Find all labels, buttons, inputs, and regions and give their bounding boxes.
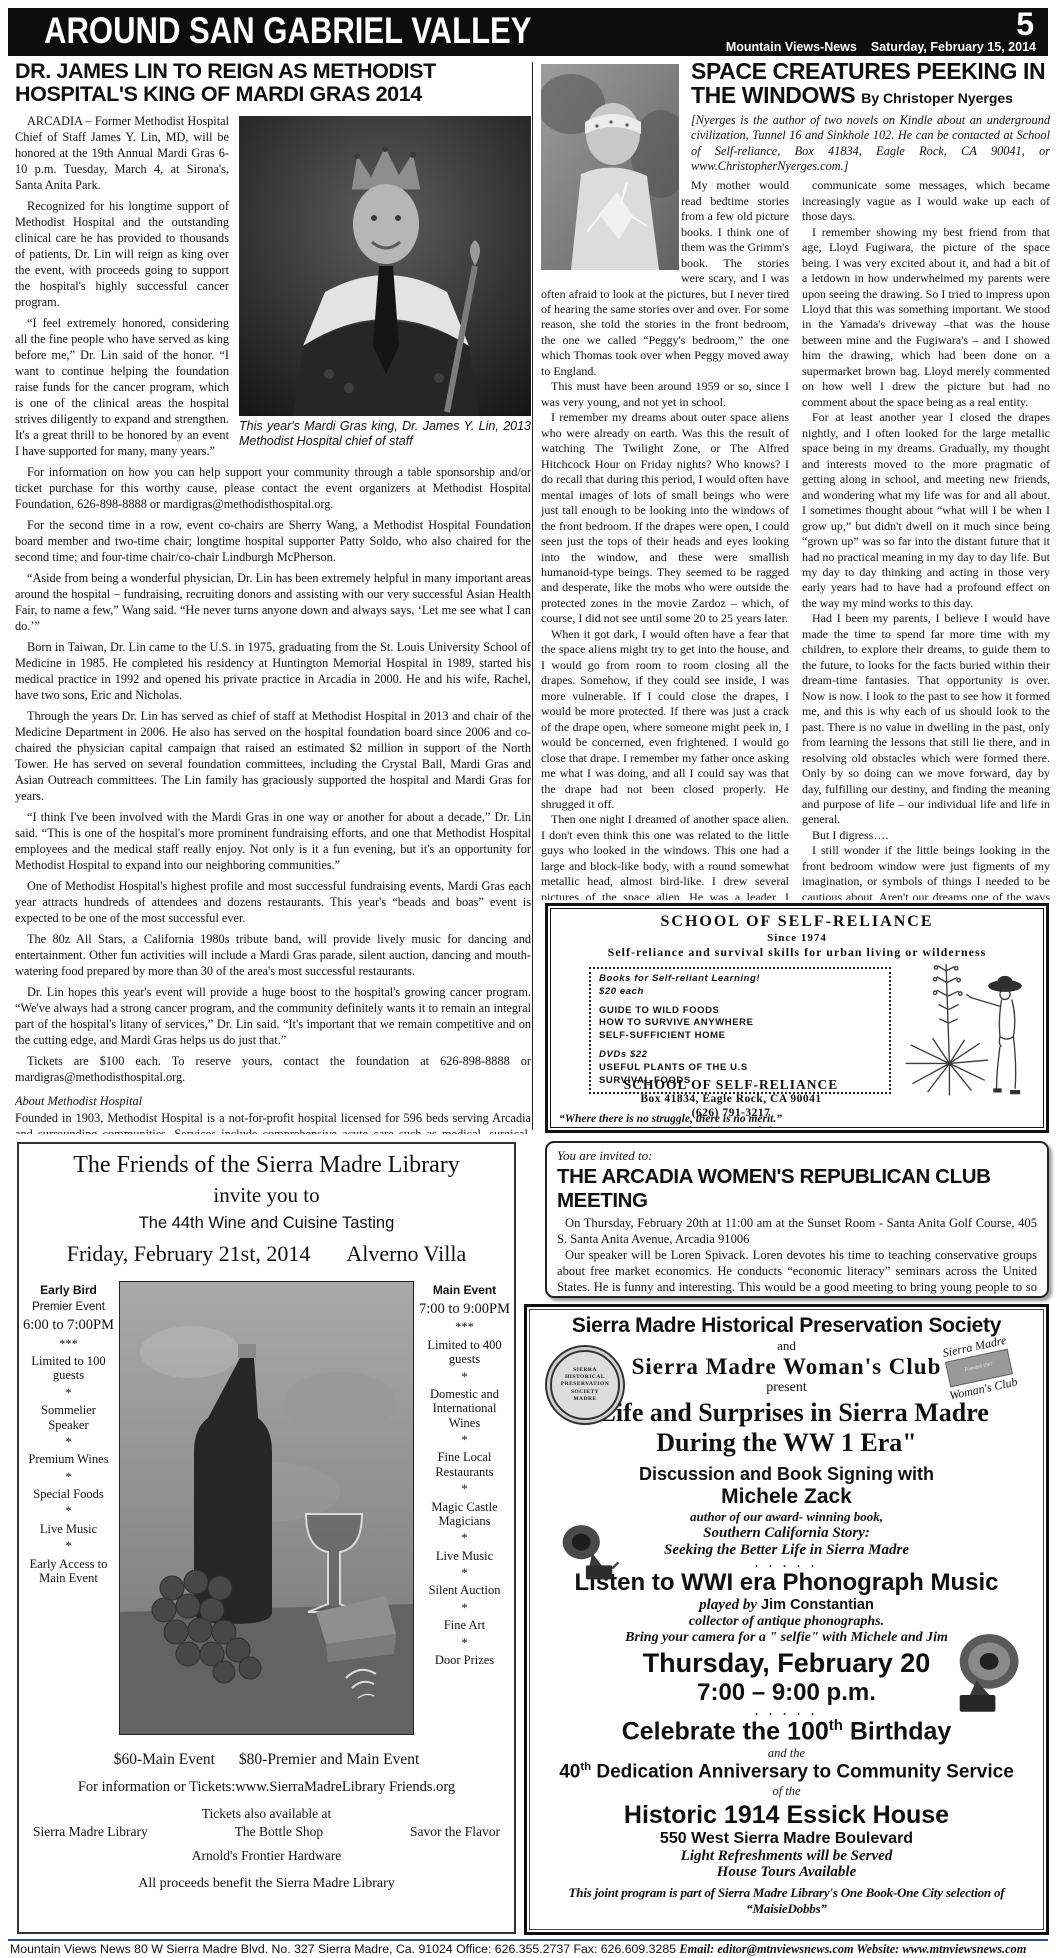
player-name: Jim Constantian xyxy=(757,1597,874,1613)
tickets-available-at: Tickets also available at xyxy=(19,1806,514,1822)
preservation-society-name: Sierra Madre Historical Preservation Soc… xyxy=(530,1314,1043,1338)
event-detail: * xyxy=(417,1601,512,1615)
event-date-venue: Friday, February 21st, 2014Alverno Villa xyxy=(19,1241,514,1267)
website-label: Website: xyxy=(854,1942,903,1956)
phonograph-icon xyxy=(945,1632,1029,1716)
outlet: Savor the Flavor xyxy=(410,1824,500,1840)
event-venue: Alverno Villa xyxy=(346,1241,466,1266)
event-detail: Magic Castle Magicians xyxy=(417,1500,512,1529)
article-paragraph: Through the years Dr. Lin has served as … xyxy=(15,709,531,805)
about-section: About Methodist Hospital Founded in 1903… xyxy=(15,1094,531,1134)
early-bird-column: Early BirdPremier Event6:00 to 7:00PM***… xyxy=(21,1281,116,1735)
seal-line: MADRE xyxy=(552,1396,618,1403)
program-title-line: During the WW 1 Era" xyxy=(530,1428,1043,1458)
article-paragraph: For information on how you can help supp… xyxy=(15,465,531,513)
article-paragraph: For the second time in a row, event co-c… xyxy=(15,518,531,566)
school-name: SCHOOL OF SELF-RELIANCE xyxy=(581,1077,881,1093)
phonograph-icon xyxy=(558,1522,620,1584)
seal-line: SOCIETY xyxy=(552,1389,618,1396)
article-paragraph: This must have been around 1959 or so, s… xyxy=(541,379,789,410)
event-detail: Special Foods xyxy=(21,1487,116,1501)
event-detail: * xyxy=(21,1386,116,1400)
birthday-text: Celebrate the 100 xyxy=(622,1717,829,1745)
collector-line: collector of antique phonographs. xyxy=(530,1614,1043,1630)
article-paragraph: The 80z All Stars, a California 1980s tr… xyxy=(15,932,531,980)
played-by-label: played by xyxy=(699,1597,757,1613)
meeting-details: On Thursday, February 20th at 11:00 am a… xyxy=(557,1215,1037,1247)
played-by-line: played by Jim Constantian xyxy=(530,1597,1043,1614)
preservation-society-seal: SIERRAHISTORICALPRESERVATIONSOCIETYMADRE xyxy=(550,1350,620,1420)
yucca-illustration xyxy=(877,943,1037,1125)
products-box: Books for Self-reliant Learning! $20 eac… xyxy=(589,967,891,1094)
masthead-name: Mountain Views-News xyxy=(726,40,857,54)
birthday-line: Celebrate the 100th Birthday xyxy=(530,1717,1043,1746)
article-paragraph: Tickets are $100 each. To reserve yours,… xyxy=(15,1054,531,1086)
ordinal-sup: th xyxy=(829,1717,843,1734)
article-paragraph: But I digress…. xyxy=(802,828,1050,843)
space-article: SPACE CREATURES PEEKING IN THE WINDOWS B… xyxy=(541,60,1050,900)
article-paragraph: When it got dark, I would often have a f… xyxy=(541,627,789,813)
premier-price: $80-Premier and Main Event xyxy=(239,1751,419,1768)
event-detail: *** xyxy=(21,1337,116,1351)
column-divider xyxy=(532,62,533,1130)
lin-photo-caption: This year's Mardi Gras king, Dr. James Y… xyxy=(239,419,531,449)
article-paragraph: Then one night I dreamed of another spac… xyxy=(541,812,789,900)
space-column-2: communicate some messages, which became … xyxy=(802,178,1050,900)
dvd-title: USEFUL PLANTS OF THE U.S xyxy=(599,1062,881,1075)
article-paragraph: “Aside from being a wonderful physician,… xyxy=(15,571,531,635)
event-detail: Sommelier Speaker xyxy=(21,1403,116,1432)
article-paragraph: For at least another year I closed the d… xyxy=(802,410,1050,611)
essick-house-line: Historic 1914 Essick House xyxy=(530,1801,1043,1830)
event-detail: * xyxy=(417,1482,512,1496)
event-date: Friday, February 21st, 2014 xyxy=(67,1241,311,1266)
event-detail: Live Music xyxy=(21,1522,116,1536)
house-address: 550 West Sierra Madre Boulevard xyxy=(530,1830,1043,1848)
dedication-text: Dedication Anniversary to Community Serv… xyxy=(591,1762,1014,1783)
republican-club-notice: You are invited to: THE ARCADIA WOMEN'S … xyxy=(545,1141,1049,1298)
book-title: HOW TO SURVIVE ANYWHERE xyxy=(599,1017,881,1030)
lin-article: DR. JAMES LIN TO REIGN AS METHODIST HOSP… xyxy=(15,60,531,1134)
footer-contact: Mountain Views News 80 W Sierra Madre Bl… xyxy=(10,1942,679,1956)
nyerges-photo xyxy=(541,64,679,270)
outlet: Sierra Madre Library xyxy=(33,1824,148,1840)
outlet: Arnold's Frontier Hardware xyxy=(19,1848,514,1864)
birthday-text: Birthday xyxy=(843,1717,951,1745)
historical-society-ad-inner: Sierra Madre Historical Preservation Soc… xyxy=(529,1309,1044,1930)
outlet: The Bottle Shop xyxy=(235,1824,324,1840)
space-intro-note: [Nyerges is the author of two novels on … xyxy=(691,113,1050,174)
footer-email-link[interactable]: editor@mtnviewsnews.com xyxy=(717,1942,853,1956)
ad-title: SCHOOL OF SELF-RELIANCE xyxy=(557,913,1037,931)
newspaper-page: AROUND SAN GABRIEL VALLEY 5 Mountain Vie… xyxy=(0,0,1056,1958)
joint-program-note: This joint program is part of Sierra Mad… xyxy=(530,1885,1043,1917)
about-heading: About Methodist Hospital xyxy=(15,1094,531,1110)
benefit-line: All proceeds benefit the Sierra Madre Li… xyxy=(19,1876,514,1892)
event-detail: Door Prizes xyxy=(417,1653,512,1667)
footer-website-link[interactable]: www.mtnviewsnews.com xyxy=(902,1942,1026,1956)
event-detail: * xyxy=(21,1470,116,1484)
event-detail: Silent Auction xyxy=(417,1583,512,1597)
article-paragraph: Dr. Lin hopes this year's event will pro… xyxy=(15,985,531,1049)
meeting-description: Our speaker will be Loren Spivack. Loren… xyxy=(557,1247,1037,1298)
footer-rule xyxy=(8,1939,1048,1941)
event-name: The 44th Wine and Cuisine Tasting xyxy=(19,1214,514,1233)
article-paragraph: Born in Taiwan, Dr. Lin came to the U.S.… xyxy=(15,640,531,704)
event-detail: Fine Local Restaurants xyxy=(417,1450,512,1479)
author-name: Michele Zack xyxy=(530,1485,1043,1509)
space-body: My mother would read bedtime stories fro… xyxy=(541,178,1050,900)
discussion-line: Discussion and Book Signing with xyxy=(530,1464,1043,1485)
event-detail: Live Music xyxy=(417,1549,512,1563)
masthead-bar: AROUND SAN GABRIEL VALLEY 5 Mountain Vie… xyxy=(8,8,1048,56)
mardi-gras-king-photo xyxy=(239,116,531,416)
article-paragraph: “I think I've been involved with the Mar… xyxy=(15,810,531,874)
club-meeting-title: THE ARCADIA WOMEN'S REPUBLICAN CLUB MEET… xyxy=(557,1165,1037,1213)
event-detail: Early Access to Main Event xyxy=(21,1557,116,1586)
library-wine-tasting-ad: The Friends of the Sierra Madre Library … xyxy=(17,1142,516,1934)
main-event-price: $60-Main Event xyxy=(114,1751,215,1768)
historical-society-ad: Sierra Madre Historical Preservation Soc… xyxy=(524,1304,1049,1935)
section-title: AROUND SAN GABRIEL VALLEY xyxy=(44,10,532,52)
main-event-column: Main Event7:00 to 9:00PM***Limited to 40… xyxy=(417,1281,512,1735)
article-paragraph: I remember my dreams about outer space a… xyxy=(541,410,789,627)
invite-line: You are invited to: xyxy=(557,1148,1037,1164)
event-detail: 7:00 to 9:00PM xyxy=(417,1301,512,1318)
page-number: 5 xyxy=(1016,6,1034,43)
ad-quote: “Where there is no struggle, there is no… xyxy=(559,1113,782,1125)
library-tickets-info[interactable]: For information or Tickets:www.SierraMad… xyxy=(19,1779,514,1796)
event-detail: Premier Event xyxy=(21,1301,116,1314)
event-detail: Limited to 400 guests xyxy=(417,1338,512,1367)
event-detail: * xyxy=(417,1370,512,1384)
school-address: Box 41834, Eagle Rock, CA 90041 xyxy=(581,1093,881,1107)
lin-headline: DR. JAMES LIN TO REIGN AS METHODIST HOSP… xyxy=(15,60,531,106)
seal-line: HISTORICAL xyxy=(552,1374,618,1381)
article-paragraph: One of Methodist Hospital's highest prof… xyxy=(15,879,531,927)
library-ad-invite: invite you to xyxy=(19,1183,514,1208)
space-byline: By Christoper Nyerges xyxy=(861,90,1013,106)
event-detail: Limited to 100 guests xyxy=(21,1354,116,1383)
about-paragraph: Founded in 1903, Methodist Hospital is a… xyxy=(15,1111,531,1134)
and-the-line: and the xyxy=(530,1746,1043,1761)
lin-photo-figure: This year's Mardi Gras king, Dr. James Y… xyxy=(239,116,531,449)
footer: Mountain Views News 80 W Sierra Madre Bl… xyxy=(10,1942,1050,1957)
dedication-text: 40 xyxy=(559,1762,580,1783)
space-headline: SPACE CREATURES PEEKING IN THE WINDOWS B… xyxy=(691,60,1050,108)
event-detail: Premium Wines xyxy=(21,1452,116,1466)
self-reliance-ad-inner: SCHOOL OF SELF-RELIANCE Since 1974 Self-… xyxy=(550,908,1044,1128)
books-price: $20 each xyxy=(599,986,881,999)
refreshments-line: Light Refreshments will be Served xyxy=(530,1848,1043,1865)
issue-date: Saturday, February 15, 2014 xyxy=(871,40,1036,54)
event-detail: * xyxy=(417,1566,512,1580)
ordinal-sup: th xyxy=(580,1761,591,1773)
article-paragraph: I remember showing my best friend from t… xyxy=(802,225,1050,411)
email-label: Email: xyxy=(679,1942,717,1956)
seal-line: SIERRA xyxy=(552,1367,618,1374)
space-column-1: My mother would read bedtime stories fro… xyxy=(541,178,789,900)
ticket-prices: $60-Main Event$80-Premier and Main Event xyxy=(19,1751,514,1769)
book-title: GUIDE TO WILD FOODS xyxy=(599,1005,881,1018)
dedication-line: 40th Dedication Anniversary to Community… xyxy=(530,1761,1043,1783)
website-lead: Also visit our website xyxy=(581,1125,881,1128)
event-detail: * xyxy=(21,1435,116,1449)
books-heading: Books for Self-reliant Learning! xyxy=(599,973,881,986)
event-detail: Domestic and International Wines xyxy=(417,1387,512,1430)
library-ad-org: The Friends of the Sierra Madre Library xyxy=(19,1152,514,1179)
event-detail: *** xyxy=(417,1320,512,1334)
still-life-painting xyxy=(119,1281,414,1735)
event-detail: * xyxy=(417,1433,512,1447)
tours-line: House Tours Available xyxy=(530,1864,1043,1881)
book-title: SELF-SUFFICIENT HOME xyxy=(599,1030,881,1043)
seal-line: PRESERVATION xyxy=(552,1381,618,1388)
article-paragraph: Had I been my parents, I believe I would… xyxy=(802,611,1050,828)
of-the-line: of the xyxy=(530,1784,1043,1799)
event-detail: Fine Art xyxy=(417,1618,512,1632)
event-detail: * xyxy=(417,1531,512,1545)
masthead-dateline: Mountain Views-NewsSaturday, February 15… xyxy=(726,40,1036,54)
event-detail: Early Bird xyxy=(21,1284,116,1298)
event-detail: Main Event xyxy=(417,1284,512,1298)
self-reliance-ad: SCHOOL OF SELF-RELIANCE Since 1974 Self-… xyxy=(545,903,1049,1133)
dvds-heading: DVDs $22 xyxy=(599,1049,881,1062)
event-detail: * xyxy=(21,1539,116,1553)
article-paragraph: I still wonder if the little beings look… xyxy=(802,843,1050,900)
article-paragraph: communicate some messages, which became … xyxy=(802,178,1050,224)
ticket-outlets: Sierra Madre Library The Bottle Shop Sav… xyxy=(19,1824,514,1840)
event-detail: * xyxy=(417,1636,512,1650)
event-detail: * xyxy=(21,1504,116,1518)
event-detail: 6:00 to 7:00PM xyxy=(21,1317,116,1334)
